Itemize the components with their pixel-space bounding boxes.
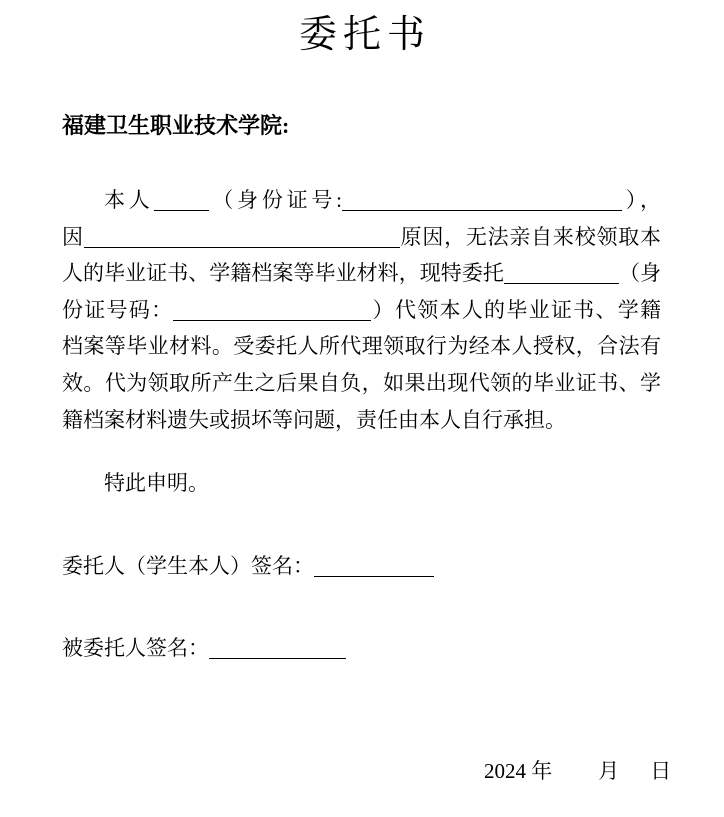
agent-id-number-blank — [173, 298, 371, 321]
body-line3-pre: 人的毕业证书、学籍档案等毕业材料，现特委托 — [62, 261, 504, 285]
reason-blank — [84, 225, 400, 248]
body-line-7: 籍档案材料遗失或损坏等问题，责任由本人自行承担。 — [62, 402, 661, 439]
principal-signature-line: 委托人（学生本人）签名： — [62, 554, 434, 579]
body-line-6: 效。代为领取所产生之后果自负，如果出现代领的毕业证书、学 — [62, 365, 661, 402]
body-line1-mid: （身份证号: — [209, 188, 342, 212]
principal-id-number-blank — [342, 188, 622, 211]
recipient-salutation: 福建卫生职业技术学院: — [62, 114, 289, 138]
body-line4-pre: 份证号码： — [62, 298, 173, 322]
body-line1-end: ）， — [622, 188, 661, 212]
body-line-1: 本人（身份证号:）， — [62, 182, 661, 219]
body-line-4: 份证号码：）代领本人的毕业证书、学籍 — [62, 292, 661, 329]
body-line2-post: 原因，无法亲自来校领取本 — [400, 225, 661, 249]
document-title: 委托书 — [0, 14, 724, 58]
date-line: 2024 年月日 — [484, 759, 671, 784]
body-line-3: 人的毕业证书、学籍档案等毕业材料，现特委托（身 — [62, 255, 661, 292]
agent-name-blank — [504, 261, 619, 284]
document-page: 委托书 福建卫生职业技术学院: 本人（身份证号:）， 因原因，无法亲自来校领取本… — [0, 0, 724, 817]
body-line-2: 因原因，无法亲自来校领取本 — [62, 219, 661, 256]
document-body: 本人（身份证号:）， 因原因，无法亲自来校领取本 人的毕业证书、学籍档案等毕业材… — [62, 182, 661, 438]
body-line2-pre: 因 — [62, 225, 84, 249]
agent-signature-label: 被委托人签名： — [62, 636, 209, 660]
date-year: 2024 年 — [484, 759, 552, 783]
closing-statement: 特此申明。 — [104, 471, 209, 496]
body-line-5: 档案等毕业材料。受委托人所代理领取行为经本人授权，合法有 — [62, 328, 661, 365]
date-day: 日 — [650, 759, 671, 783]
agent-signature-blank — [209, 636, 346, 659]
body-line1-pre: 本人 — [104, 188, 154, 212]
principal-signature-label: 委托人（学生本人）签名： — [62, 554, 314, 578]
agent-signature-line: 被委托人签名： — [62, 636, 346, 661]
principal-signature-blank — [314, 554, 434, 577]
principal-name-blank — [154, 188, 209, 211]
body-line3-post: （身 — [619, 261, 661, 285]
date-month: 月 — [598, 759, 619, 783]
body-line4-post: ）代领本人的毕业证书、学籍 — [371, 298, 661, 322]
